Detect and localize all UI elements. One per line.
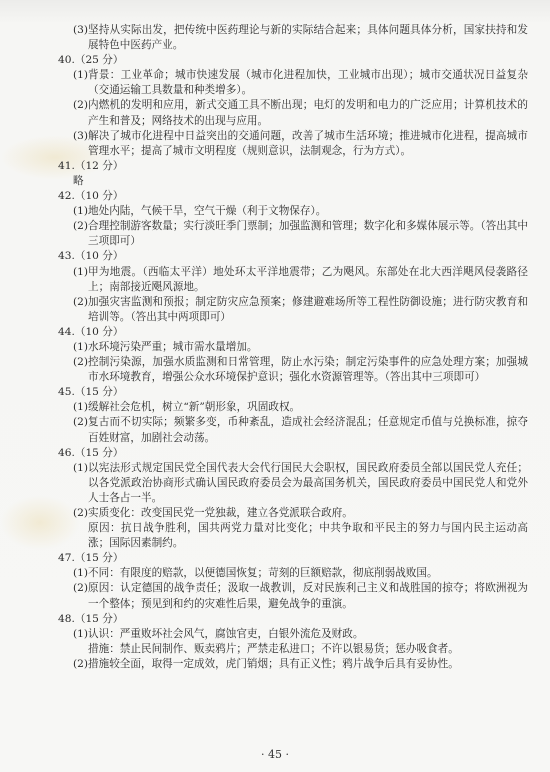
item-number: (2) [73, 295, 88, 325]
question-header: 48.（15 分） [58, 612, 528, 627]
item-number: (3) [73, 23, 88, 53]
answer-item: (2) 措施较全面，取得一定成效，虎门销烟；具有正义性；鸦片战争后具有妥协性。 [73, 657, 528, 672]
item-number: (2) [73, 506, 88, 521]
item-number: (2) [73, 657, 88, 672]
answer-item: (2) 复古而不切实际；频繁多变，币种紊乱，造成社会经济混乱；任意规定币值与兑换… [73, 415, 528, 445]
answer-item: (1) 缓解社会危机，树立“新”朝形象，巩固政权。 [73, 400, 528, 415]
answer-content: (3) 坚持从实际出发，把传统中医药理论与新的实际结合起来；具体问题具体分析，国… [58, 23, 528, 672]
answer-text: 略 [73, 174, 528, 189]
item-number: (1) [73, 68, 88, 98]
answer-item: (1) 甲为地震。（西临太平洋）地处环太平洋地震带；乙为飓风。东部处在北大西洋飓… [73, 265, 528, 295]
item-number: (2) [73, 98, 88, 128]
answer-item: (2) 合理控制游客数量；实行淡旺季门票制；加强监测和管理；数字化和多媒体展示等… [73, 219, 528, 249]
question-header: 41.（12 分） [58, 159, 528, 174]
item-text: 认识：严重败坏社会风气，腐蚀官吏，白银外流危及财政。 [88, 627, 528, 642]
question-header: 47.（15 分） [58, 551, 528, 566]
item-text: 缓解社会危机，树立“新”朝形象，巩固政权。 [88, 400, 528, 415]
item-text: 以宪法形式规定国民党全国代表大会代行国民大会职权，国民政府委员全部以国民党人充任… [88, 461, 528, 506]
item-number: (3) [73, 129, 88, 159]
item-text: 复古而不切实际；频繁多变，币种紊乱，造成社会经济混乱；任意规定币值与兑换标准，掠… [88, 415, 528, 445]
answer-item: (1) 以宪法形式规定国民党全国代表大会代行国民大会职权，国民政府委员全部以国民… [73, 461, 528, 506]
item-text: 措施较全面，取得一定成效，虎门销烟；具有正义性；鸦片战争后具有妥协性。 [88, 657, 528, 672]
item-number: (2) [73, 415, 88, 445]
item-text: 实质变化：改变国民党一党独裁，建立各党派联合政府。 [88, 506, 528, 521]
question-header: 44.（10 分） [58, 325, 528, 340]
question-header: 43.（10 分） [58, 249, 528, 264]
question-46: 46.（15 分） (1) 以宪法形式规定国民党全国代表大会代行国民大会职权，国… [58, 446, 528, 552]
item-text: 地处内陆，气候干旱，空气干燥（利于文物保存）。 [88, 204, 528, 219]
answer-item: (2) 控制污染源，加强水质监测和日常管理，防止水污染；制定污染事件的应急处理方… [73, 355, 528, 385]
item-text: 加强灾害监测和预报；制定防灾应急预案；修建避难场所等工程性防御设施；进行防灾教育… [88, 295, 528, 325]
item-text: 内燃机的发明和应用，新式交通工具不断出现；电灯的发明和电力的广泛应用；计算机技术… [88, 98, 528, 128]
question-44: 44.（10 分） (1) 水环境污染严重；城市需水量增加。 (2) 控制污染源… [58, 325, 528, 385]
document-page: (3) 坚持从实际出发，把传统中医药理论与新的实际结合起来；具体问题具体分析，国… [0, 0, 550, 772]
item-number: (1) [73, 461, 88, 506]
item-text: 原因：认定德国的战争责任；汲取一战教训，反对民族利己主义和战胜国的掠夺；将欧洲视… [88, 581, 528, 611]
question-43: 43.（10 分） (1) 甲为地震。（西临太平洋）地处环太平洋地震带；乙为飓风… [58, 249, 528, 324]
item-text: 甲为地震。（西临太平洋）地处环太平洋地震带；乙为飓风。东部处在北大西洋飓风侵袭路… [88, 265, 528, 295]
answer-item: (1) 认识：严重败坏社会风气，腐蚀官吏，白银外流危及财政。 [73, 627, 528, 642]
answer-item: (1) 不同：有限度的赔款，以便德国恢复；苛刻的巨额赔款，彻底削弱战败国。 [73, 566, 528, 581]
item-text: 背景：工业革命；城市快速发展（城市化进程加快，工业城市出现）；城市交通状况日益复… [88, 68, 528, 98]
item-number: (1) [73, 566, 88, 581]
answer-item: (2) 内燃机的发明和应用，新式交通工具不断出现；电灯的发明和电力的广泛应用；计… [73, 98, 528, 128]
question-header: 46.（15 分） [58, 446, 528, 461]
answer-item: (2) 原因：认定德国的战争责任；汲取一战教训，反对民族利己主义和战胜国的掠夺；… [73, 581, 528, 611]
item-number: (1) [73, 340, 88, 355]
question-header: 45.（15 分） [58, 385, 528, 400]
answer-item: (1) 背景：工业革命；城市快速发展（城市化进程加快，工业城市出现）；城市交通状… [73, 68, 528, 98]
question-45: 45.（15 分） (1) 缓解社会危机，树立“新”朝形象，巩固政权。 (2) … [58, 385, 528, 445]
page-number: · 45 · [0, 748, 550, 761]
item-number: (2) [73, 219, 88, 249]
question-header: 40.（25 分） [58, 53, 528, 68]
item-text: 措施：禁止民间制作、贩卖鸦片；严禁走私进口；不许以银易货；惩办吸食者。 [88, 642, 528, 657]
item-text: 水环境污染严重；城市需水量增加。 [88, 340, 528, 355]
answer-item: (2) 实质变化：改变国民党一党独裁，建立各党派联合政府。 [73, 506, 528, 521]
answer-item: (1) 地处内陆，气候干旱，空气干燥（利于文物保存）。 [73, 204, 528, 219]
item-text: 控制污染源，加强水质监测和日常管理，防止水污染；制定污染事件的应急处理方案；加强… [88, 355, 528, 385]
item-number: (2) [73, 355, 88, 385]
question-42: 42.（10 分） (1) 地处内陆，气候干旱，空气干燥（利于文物保存）。 (2… [58, 189, 528, 249]
question-header: 42.（10 分） [58, 189, 528, 204]
question-48: 48.（15 分） (1) 认识：严重败坏社会风气，腐蚀官吏，白银外流危及财政。… [58, 612, 528, 672]
answer-item: (1) 水环境污染严重；城市需水量增加。 [73, 340, 528, 355]
answer-item: (3) 坚持从实际出发，把传统中医药理论与新的实际结合起来；具体问题具体分析，国… [73, 23, 528, 53]
answer-item: (3) 解决了城市化进程中日益突出的交通问题，改善了城市生活环境；推进城市化进程… [73, 129, 528, 159]
item-number: (2) [73, 581, 88, 611]
item-text: 解决了城市化进程中日益突出的交通问题，改善了城市生活环境；推进城市化进程，提高城… [88, 129, 528, 159]
question-47: 47.（15 分） (1) 不同：有限度的赔款，以便德国恢复；苛刻的巨额赔款，彻… [58, 551, 528, 611]
question-41: 41.（12 分） 略 [58, 159, 528, 189]
question-39-part: (3) 坚持从实际出发，把传统中医药理论与新的实际结合起来；具体问题具体分析，国… [58, 23, 528, 53]
answer-item-continued: (2) 原因：抗日战争胜利，国共两党力量对比变化；中共争取和平民主的努力与国内民… [73, 521, 528, 551]
item-number: (1) [73, 204, 88, 219]
question-40: 40.（25 分） (1) 背景：工业革命；城市快速发展（城市化进程加快，工业城… [58, 53, 528, 159]
item-number: (1) [73, 400, 88, 415]
item-number: (1) [73, 265, 88, 295]
item-text: 合理控制游客数量；实行淡旺季门票制；加强监测和管理；数字化和多媒体展示等。（答出… [88, 219, 528, 249]
item-text: 不同：有限度的赔款，以便德国恢复；苛刻的巨额赔款，彻底削弱战败国。 [88, 566, 528, 581]
item-number: (1) [73, 627, 88, 642]
answer-item: (2) 加强灾害监测和预报；制定防灾应急预案；修建避难场所等工程性防御设施；进行… [73, 295, 528, 325]
item-text: 原因：抗日战争胜利，国共两党力量对比变化；中共争取和平民主的努力与国内民主运动高… [88, 521, 528, 551]
answer-item-continued: (1) 措施：禁止民间制作、贩卖鸦片；严禁走私进口；不许以银易货；惩办吸食者。 [73, 642, 528, 657]
item-text: 坚持从实际出发，把传统中医药理论与新的实际结合起来；具体问题具体分析，国家扶持和… [88, 23, 528, 53]
